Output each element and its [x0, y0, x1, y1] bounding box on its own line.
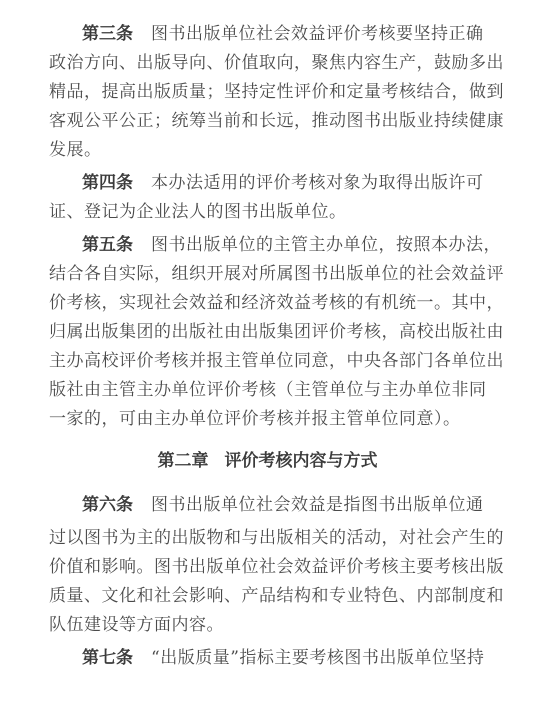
- article-6-line-5: 队伍建设等方面内容。: [49, 615, 475, 635]
- article-6-label: 第六条: [82, 495, 133, 515]
- article-5-line-6: 版社由主管主办单位评价考核（主管单位与主办单位非同: [49, 380, 475, 400]
- article-6-line-4: 质量、文化和社会影响、产品结构和专业特色、内部制度和: [49, 586, 475, 606]
- article-7-label: 第七条: [82, 648, 133, 668]
- article-4-label: 第四条: [82, 173, 133, 193]
- article-6-line-2: 过以图书为主的出版物和与出版相关的活动，对社会产生的: [49, 528, 475, 548]
- article-3-line-3: 精品，提高出版质量；坚持定性评价和定量考核结合，做到: [49, 82, 475, 102]
- article-5-line-4: 归属出版集团的出版社由出版集团评价考核，高校出版社由: [49, 322, 475, 342]
- article-3-line-2: 政治方向、出版导向、价值取向，聚焦内容生产，鼓励多出: [49, 53, 475, 73]
- article-7-line-1: 第七条“出版质量”指标主要考核图书出版单位坚持: [82, 648, 475, 668]
- document-page: 第三条图书出版单位社会效益评价考核要坚持正确 政治方向、出版导向、价值取向，聚焦…: [0, 0, 535, 714]
- article-5-line-2: 结合各自实际，组织开展对所属图书出版单位的社会效益评: [49, 264, 475, 284]
- article-4-line-1: 第四条本办法适用的评价考核对象为取得出版许可: [82, 173, 475, 193]
- article-4-line-2: 证、登记为企业法人的图书出版单位。: [49, 202, 475, 222]
- article-3-line-5: 发展。: [49, 140, 475, 160]
- chapter-title: 评价考核内容与方式: [225, 451, 378, 471]
- article-5-line-5: 主办高校评价考核并报主管单位同意，中央各部门各单位出: [49, 351, 475, 371]
- article-5-line-1: 第五条图书出版单位的主管主办单位，按照本办法，: [82, 235, 475, 255]
- article-3-label: 第三条: [82, 24, 133, 44]
- article-3-line-1: 第三条图书出版单位社会效益评价考核要坚持正确: [82, 24, 475, 44]
- article-5-line-3: 价考核，实现社会效益和经济效益考核的有机统一。其中，: [49, 293, 475, 313]
- article-5-label: 第五条: [82, 235, 133, 255]
- article-5-line-7: 一家的，可由主办单位评价考核并报主管单位同意）。: [49, 409, 475, 429]
- chapter-number: 第二章: [158, 451, 209, 471]
- article-3-line-4: 客观公平公正；统筹当前和长远，推动图书出版业持续健康: [49, 111, 475, 131]
- article-6-line-3: 价值和影响。图书出版单位社会效益评价考核主要考核出版: [49, 557, 475, 577]
- chapter-heading: 第二章评价考核内容与方式: [0, 451, 535, 471]
- article-6-line-1: 第六条图书出版单位社会效益是指图书出版单位通: [82, 495, 475, 515]
